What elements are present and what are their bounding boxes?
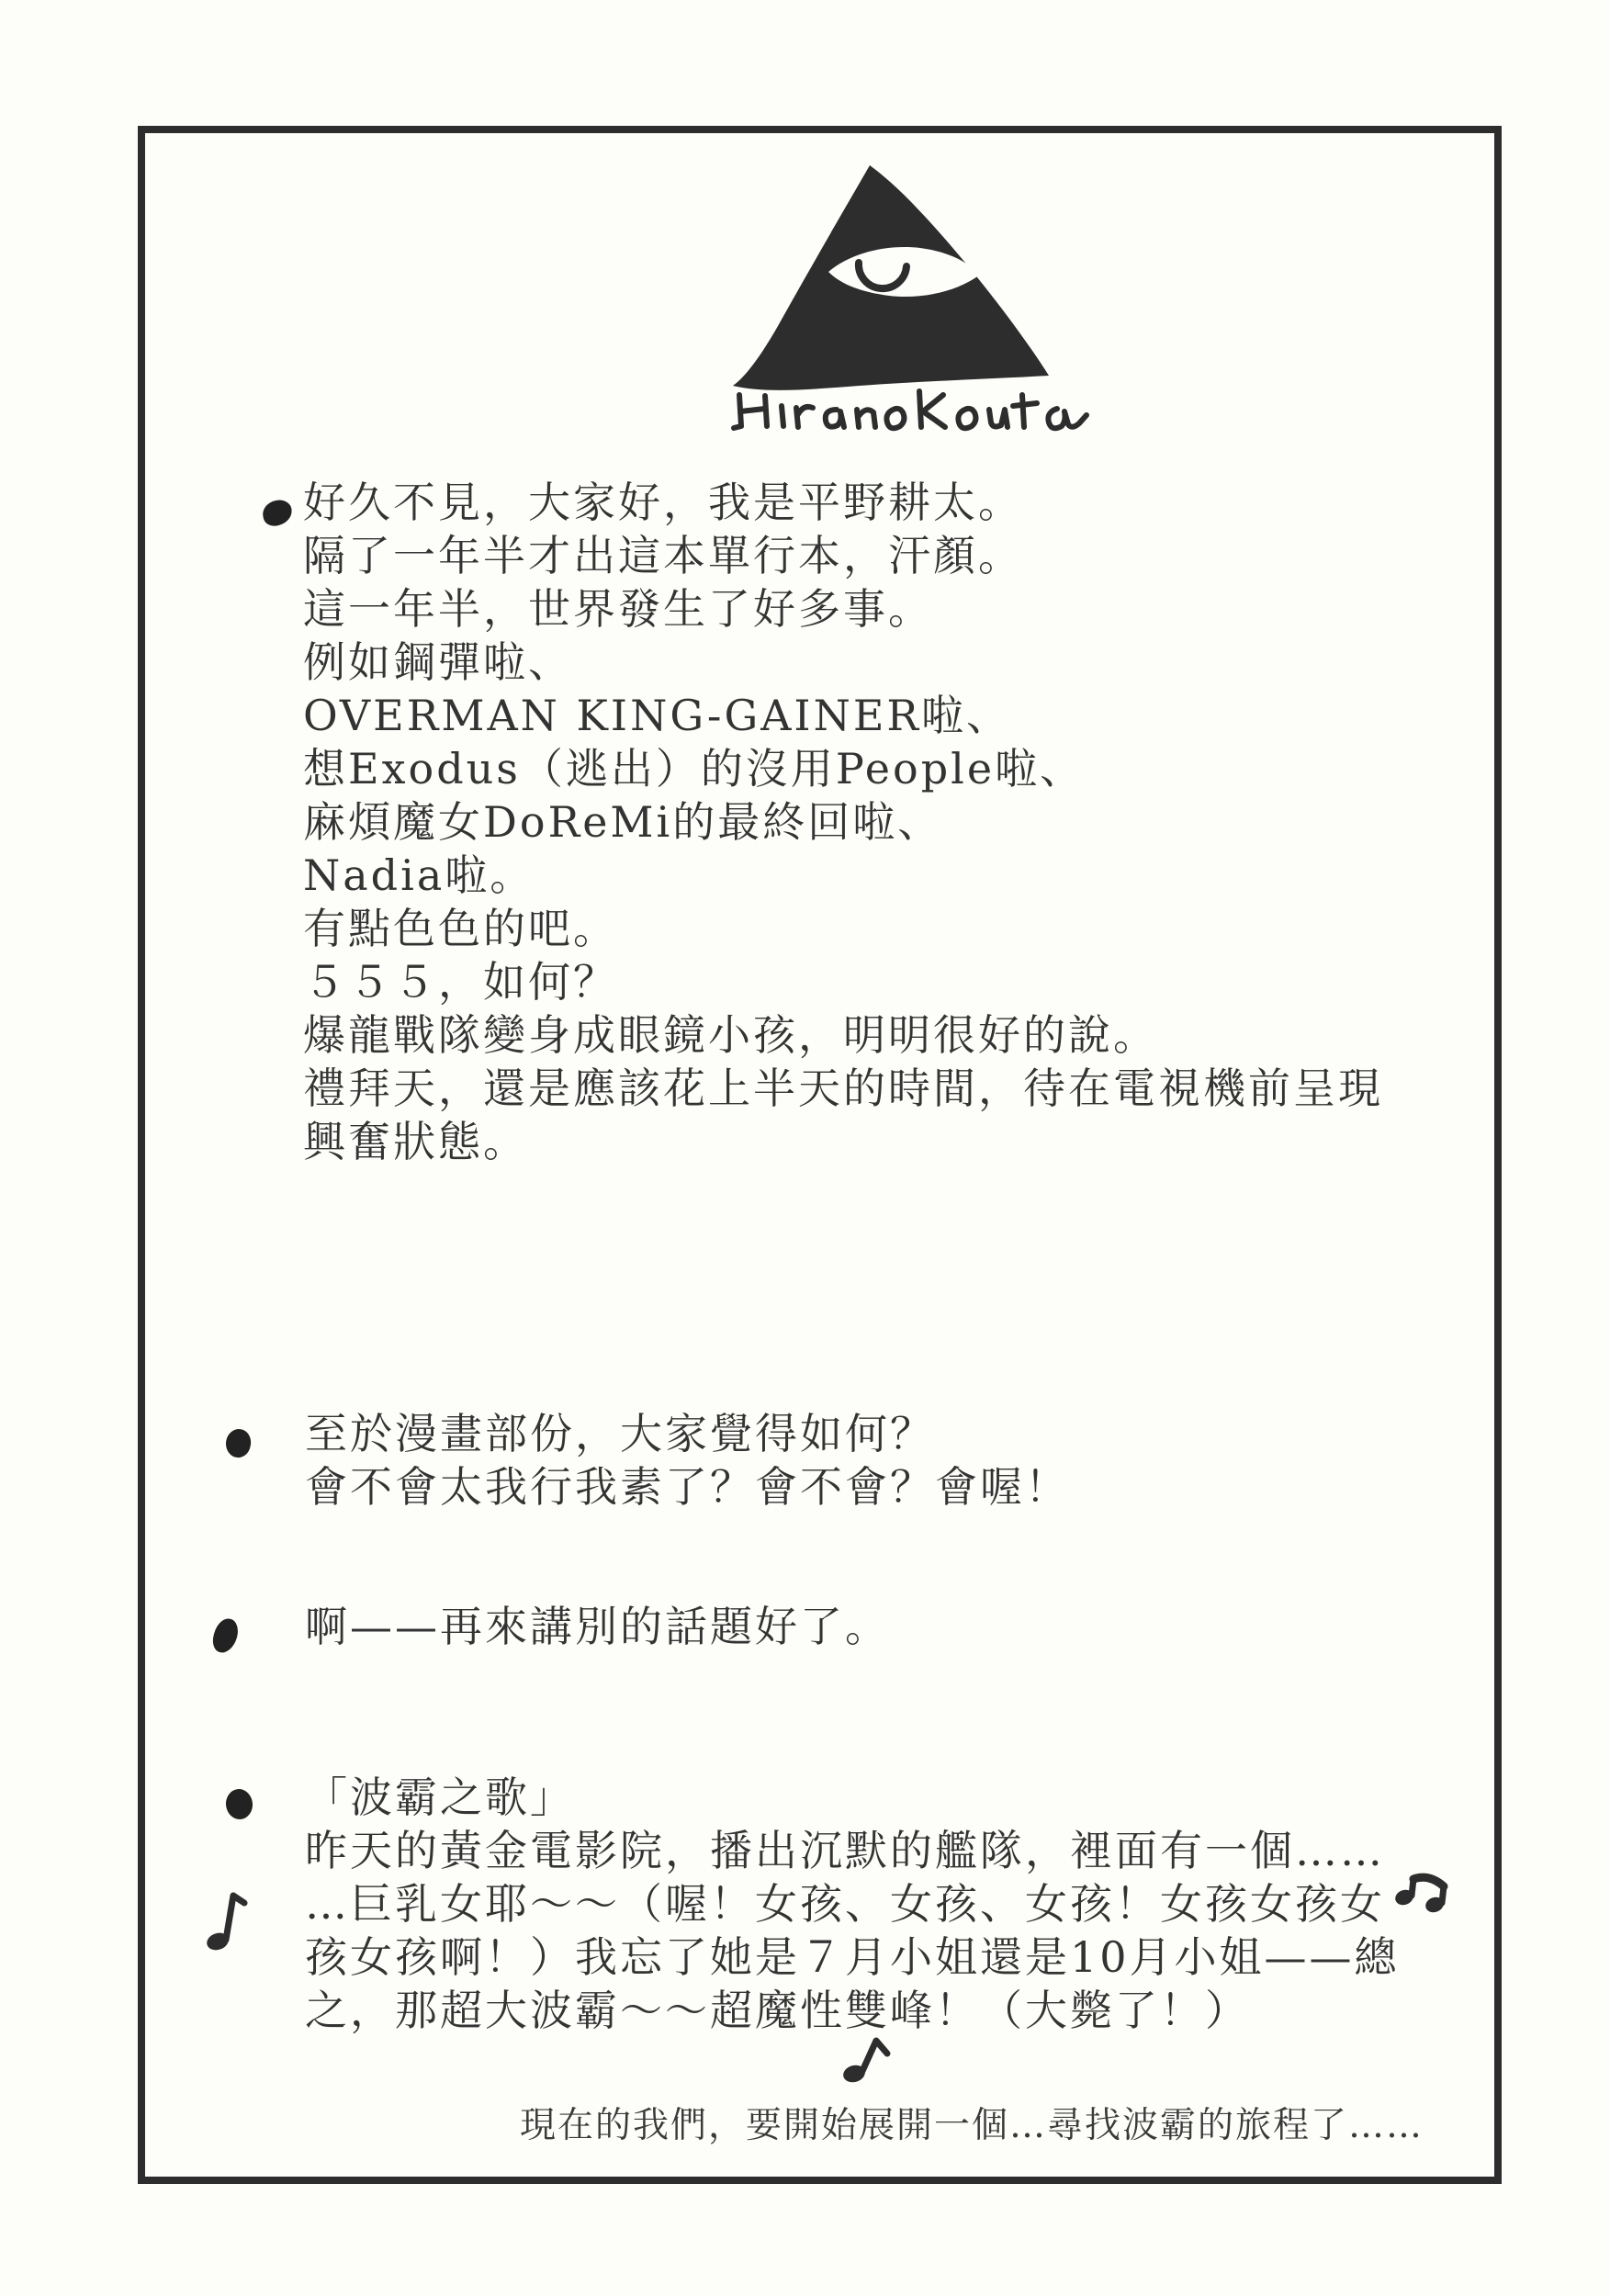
- beamed-eighth-notes-icon: [1394, 1870, 1451, 1916]
- eighth-note-icon: [843, 2033, 893, 2085]
- text-line: Nadia啦。: [303, 849, 1383, 902]
- text-line: 孩女孩啊！）我忘了她是７月小姐還是10月小姐——總: [305, 1930, 1400, 1984]
- text-line: 至於漫畫部份，大家覺得如何？: [305, 1407, 1070, 1460]
- paragraph-boba-song: 「波霸之歌」 昨天的黃金電影院，播出沉默的艦隊，裡面有一個…… …巨乳女耶～～（…: [305, 1771, 1400, 2037]
- paragraph-topic-change: 啊——再來講別的話題好了。: [305, 1600, 890, 1653]
- text-line: 啊——再來講別的話題好了。: [305, 1600, 890, 1653]
- paragraph-manga: 至於漫畫部份，大家覺得如何？ 會不會太我行我素了？會不會？會喔！: [305, 1407, 1070, 1514]
- text-line: …巨乳女耶～～（喔！女孩、女孩、女孩！女孩女孩女: [305, 1877, 1400, 1930]
- afterword-page: { "page": { "ink_color": "#2d2d2d", "pap…: [0, 0, 1610, 2296]
- text-line: 例如鋼彈啦、: [303, 636, 1383, 689]
- text-line: 之，那超大波霸～～超魔性雙峰！（大斃了！）: [305, 1984, 1400, 2037]
- text-line: 爆龍戰隊變身成眼鏡小孩，明明很好的說。: [303, 1008, 1383, 1062]
- author-signature: [730, 384, 1107, 435]
- text-line: 有點色色的吧。: [303, 902, 1383, 955]
- text-line: 昨天的黃金電影院，播出沉默的艦隊，裡面有一個……: [305, 1824, 1400, 1877]
- eighth-note-icon: [206, 1885, 248, 1953]
- text-line: 興奮狀態。: [303, 1115, 1383, 1168]
- text-line: 會不會太我行我素了？會不會？會喔！: [305, 1460, 1070, 1514]
- paragraph-greeting: 好久不見，大家好，我是平野耕太。 隔了一年半才出這本單行本，汗顏。 這一年半，世…: [303, 476, 1383, 1168]
- text-line: 好久不見，大家好，我是平野耕太。: [303, 476, 1383, 529]
- text-line: 禮拜天，還是應該花上半天的時間，待在電視機前呈現: [303, 1062, 1383, 1115]
- text-line: 這一年半，世界發生了好多事。: [303, 582, 1383, 636]
- closing-line: 現在的我們，要開始展開一個…尋找波霸的旅程了……: [520, 2097, 1424, 2148]
- text-line: 想Exodus（逃出）的沒用People啦、: [303, 742, 1383, 795]
- text-line: OVERMAN KING-GAINER啦、: [303, 689, 1383, 742]
- text-line: 隔了一年半才出這本單行本，汗顏。: [303, 529, 1383, 582]
- text-line: 麻煩魔女DoReMi的最終回啦、: [303, 795, 1383, 849]
- text-line: 「波霸之歌」: [305, 1771, 1400, 1824]
- text-line: ５５５，如何？: [303, 955, 1383, 1008]
